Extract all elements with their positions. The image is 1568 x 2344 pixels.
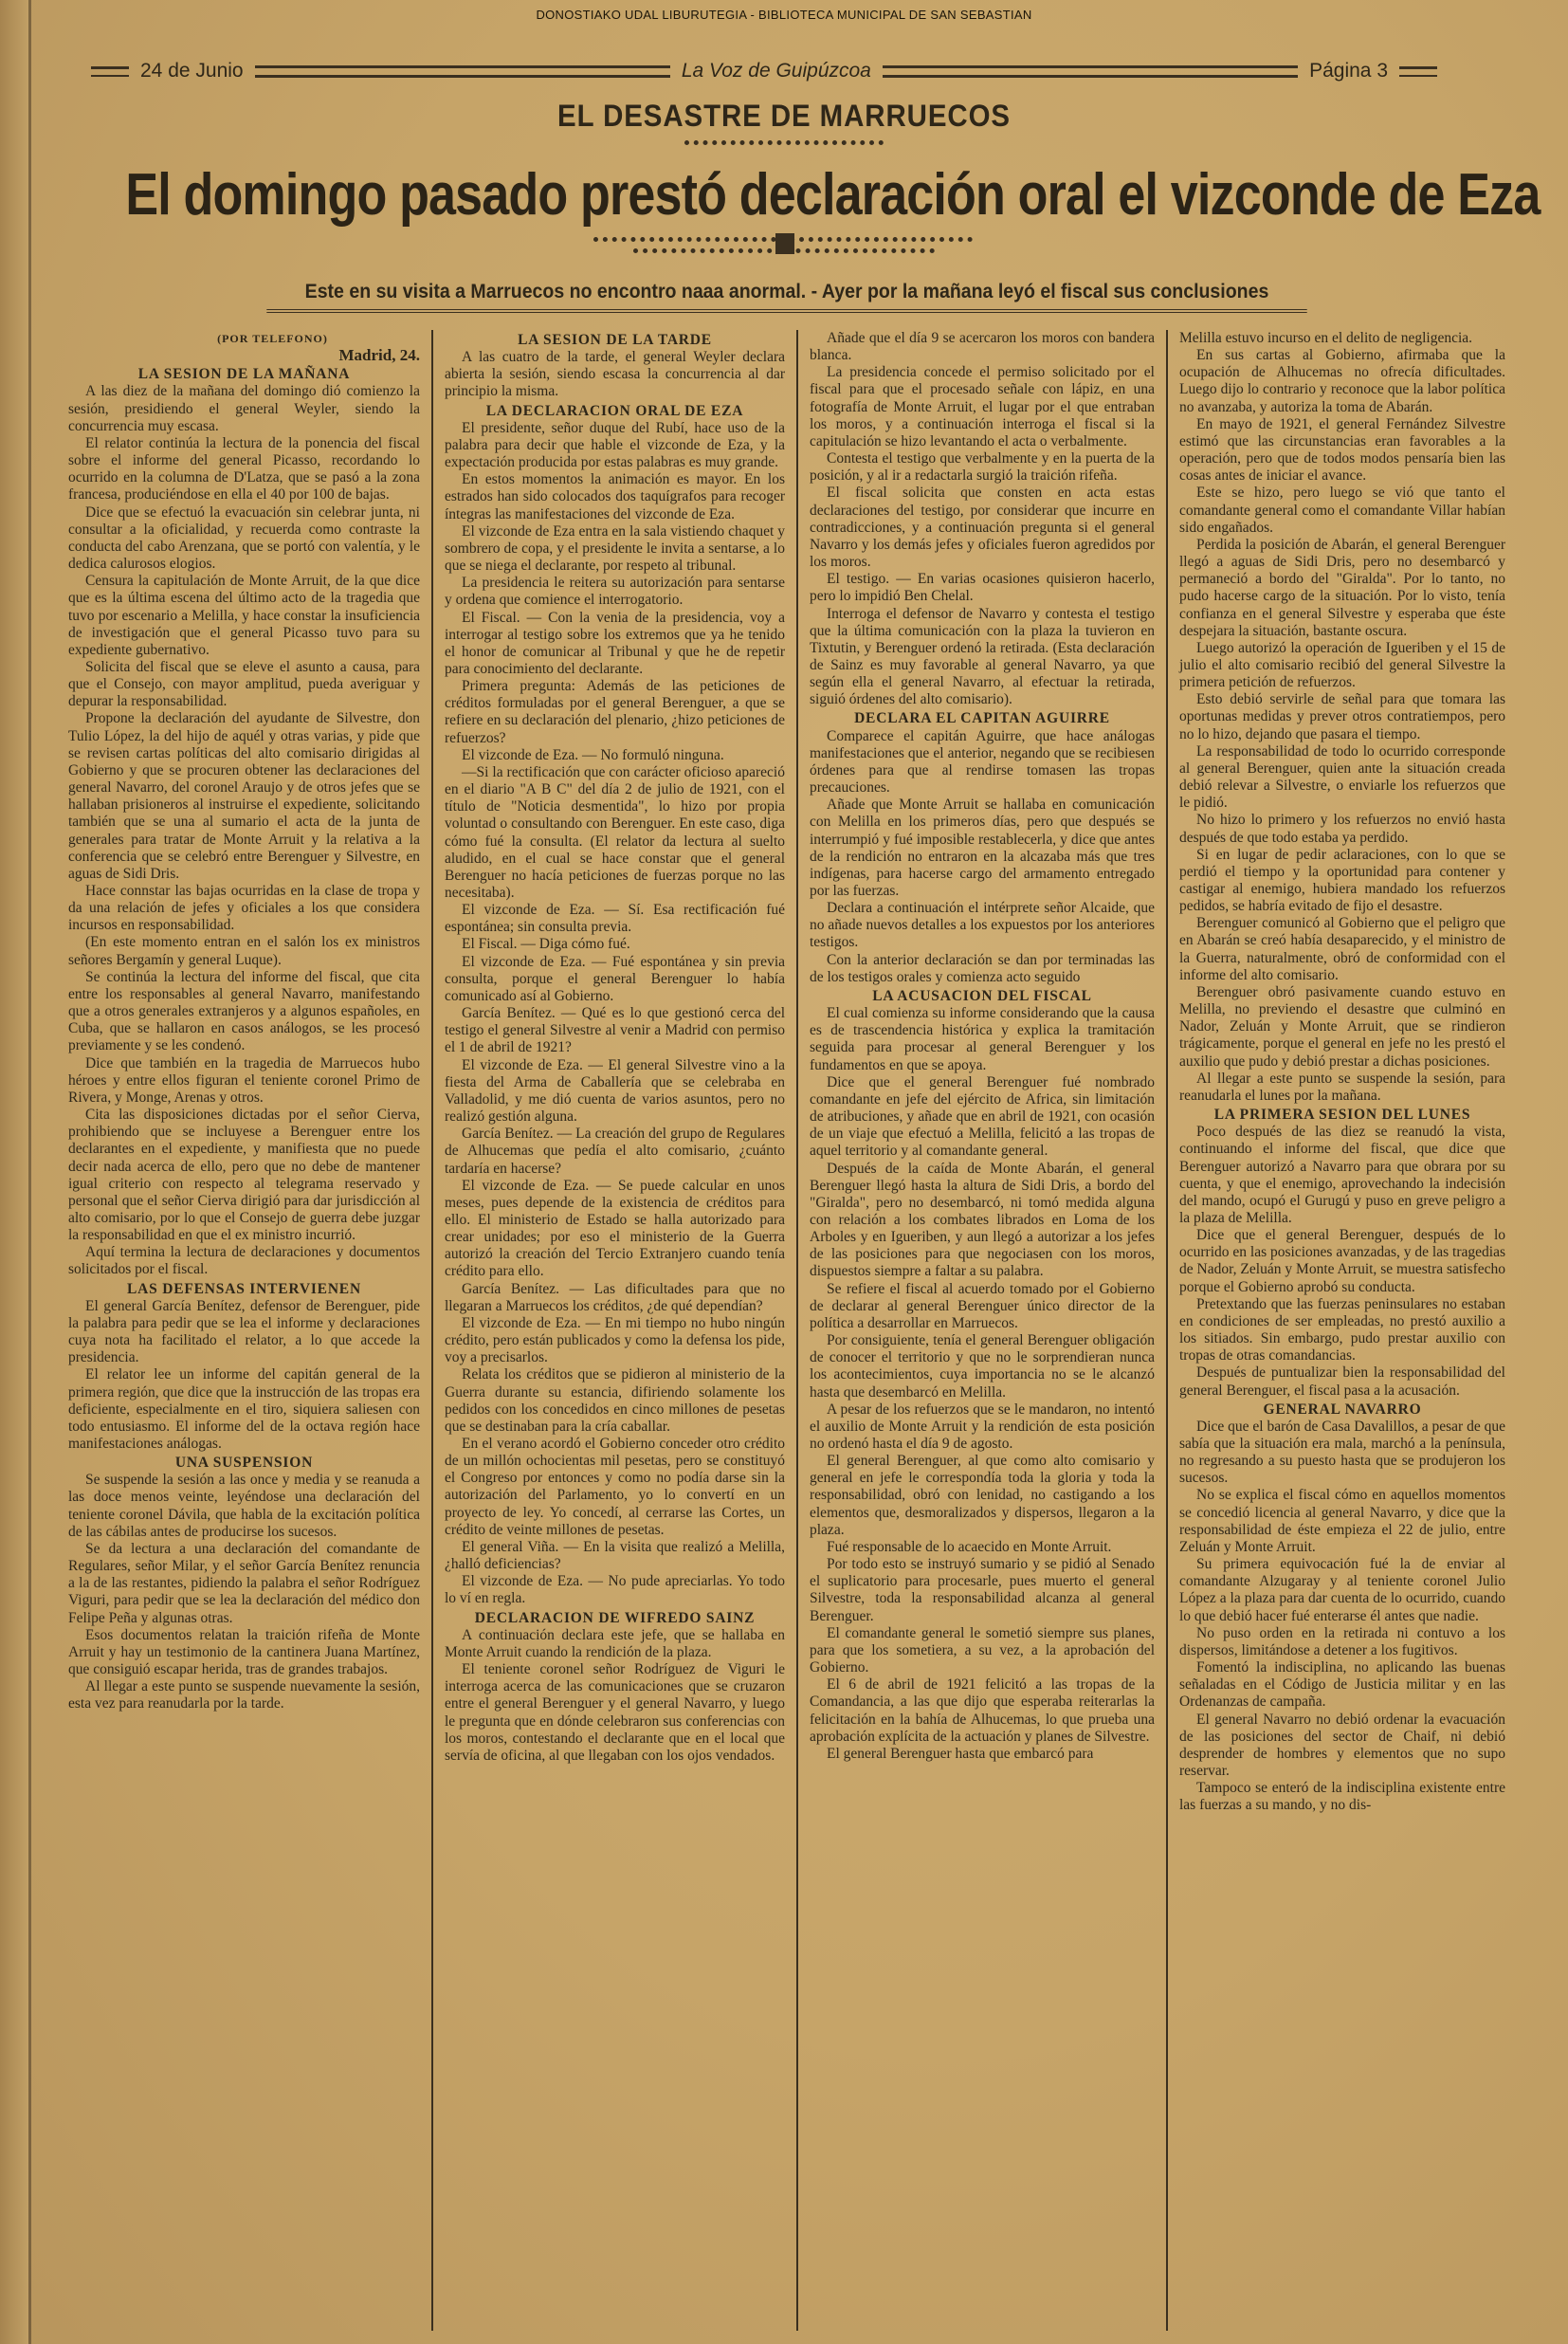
article-paragraph: Fomentó la indisciplina, no aplicando la… [1179, 1659, 1505, 1711]
masthead-rule [255, 65, 670, 78]
article-paragraph: Berenguer obró pasivamente cuando estuvo… [1179, 984, 1505, 1071]
article-paragraph: El general Berenguer, al que como alto c… [810, 1453, 1155, 1539]
section-subheading: LA ACUSACION DEL FISCAL [810, 988, 1155, 1005]
article-paragraph: Dice que también en la tragedia de Marru… [68, 1055, 420, 1107]
article-paragraph: Después de la caída de Monte Abarán, el … [810, 1161, 1155, 1281]
masthead-rule-right-stub [1399, 66, 1437, 77]
article-column-4: Melilla estuvo incurso en el delito de n… [1166, 330, 1517, 2331]
article-column-3: Añade que el día 9 se acercaron los moro… [796, 330, 1166, 2331]
article-source: (POR TELEFONO) [125, 330, 420, 347]
article-column-2: LA SESION DE LA TARDEA las cuatro de la … [431, 330, 796, 2331]
article-paragraph: El vizconde de Eza. — En mi tiempo no hu… [445, 1315, 785, 1366]
article-paragraph: Al llegar a este punto se suspende la se… [1179, 1071, 1505, 1105]
article-paragraph: Solicita del fiscal que se eleve el asun… [68, 659, 420, 710]
article-paragraph: Dice que el general Berenguer, después d… [1179, 1227, 1505, 1296]
article-paragraph: Se refiere el fiscal al acuerdo tomado p… [810, 1281, 1155, 1332]
article-paragraph: (En este momento entran en el salón los … [68, 934, 420, 968]
article-column-1: (POR TELEFONO) Madrid, 24. LA SESION DE … [57, 330, 431, 2331]
article-paragraph: A las diez de la mañana del domingo dió … [68, 383, 420, 434]
article-paragraph: Este se hizo, pero luego se vió que tant… [1179, 485, 1505, 536]
masthead-rule [883, 65, 1298, 78]
article-paragraph: No hizo lo primero y los refuerzos no en… [1179, 812, 1505, 846]
article-paragraph: Se suspende la sesión a las once y media… [68, 1472, 420, 1541]
article-paragraph: Primera pregunta: Además de las peticion… [445, 678, 785, 747]
section-subheading: UNA SUSPENSION [68, 1455, 420, 1472]
article-paragraph: Dice que se efectuó la evacuación sin ce… [68, 504, 420, 574]
section-subheading: DECLARA EL CAPITAN AGUIRRE [810, 710, 1155, 727]
article-paragraph: Relata los créditos que se pidieron al m… [445, 1366, 785, 1436]
article-paragraph: El 6 de abril de 1921 felicitó a las tro… [810, 1676, 1155, 1746]
article-paragraph: Berenguer comunicó al Gobierno que el pe… [1179, 915, 1505, 984]
article-paragraph: Tampoco se enteró de la indisciplina exi… [1179, 1780, 1505, 1814]
article-paragraph: Melilla estuvo incurso en el delito de n… [1179, 330, 1505, 347]
article-paragraph: García Benítez. — Qué es lo que gestionó… [445, 1005, 785, 1056]
article-paragraph: El vizconde de Eza. — Se puede calcular … [445, 1178, 785, 1281]
article-paragraph: García Benítez. — La creación del grupo … [445, 1126, 785, 1177]
article-paragraph: El general Berenguer hasta que embarcó p… [810, 1746, 1155, 1763]
column-body: Añade que el día 9 se acercaron los moro… [810, 330, 1155, 1763]
article-paragraph: No se explica el fiscal cómo en aquellos… [1179, 1487, 1505, 1556]
archive-watermark: DONOSTIAKO UDAL LIBURUTEGIA - BIBLIOTECA… [0, 8, 1568, 22]
section-subheading: LA SESION DE LA TARDE [445, 332, 785, 349]
article-paragraph: El Fiscal. — Con la venia de la presiden… [445, 610, 785, 679]
article-paragraph: Al llegar a este punto se suspende nueva… [68, 1678, 420, 1712]
article-paragraph: Con la anterior declaración se dan por t… [810, 952, 1155, 986]
masthead: 24 de Junio La Voz de Guipúzcoa Página 3 [91, 57, 1437, 85]
article-paragraph: El teniente coronel señor Rodríguez de V… [445, 1661, 785, 1765]
article-paragraph: En el verano acordó el Gobierno conceder… [445, 1436, 785, 1539]
article-paragraph: El cual comienza su informe considerando… [810, 1005, 1155, 1074]
article-paragraph: El general García Benítez, defensor de B… [68, 1298, 420, 1367]
article-paragraph: La responsabilidad de todo lo ocurrido c… [1179, 743, 1505, 813]
article-paragraph: El vizconde de Eza. — Fué espontánea y s… [445, 954, 785, 1005]
article-paragraph: García Benítez. — Las dificultades para … [445, 1281, 785, 1315]
article-paragraph: Por consiguiente, tenía el general Beren… [810, 1332, 1155, 1401]
article-paragraph: A las cuatro de la tarde, el general Wey… [445, 349, 785, 400]
masthead-newspaper-name: La Voz de Guipúzcoa [682, 60, 871, 82]
article-paragraph: Por todo esto se instruyó sumario y se p… [810, 1556, 1155, 1625]
article-paragraph: Se continúa la lectura del informe del f… [68, 969, 420, 1055]
masthead-rule-left-stub [91, 66, 129, 77]
section-subheading: LA SESION DE LA MAÑANA [68, 366, 420, 383]
article-paragraph: El vizconde de Eza. — El general Silvest… [445, 1057, 785, 1126]
article-paragraph: Cita las disposiciones dictadas por el s… [68, 1107, 420, 1244]
headline-ornament [0, 233, 1568, 262]
article-paragraph: En sus cartas al Gobierno, afirmaba que … [1179, 347, 1505, 416]
section-subheading: DECLARACION DE WIFREDO SAINZ [445, 1610, 785, 1627]
article-paragraph: —Si la rectificación que con carácter of… [445, 764, 785, 902]
article-paragraph: El vizconde de Eza. — Sí. Esa rectificac… [445, 902, 785, 936]
article-paragraph: Dice que el barón de Casa Davalillos, a … [1179, 1419, 1505, 1488]
article-paragraph: El fiscal solicita que consten en acta e… [810, 485, 1155, 571]
article-paragraph: A continuación declara este jefe, que se… [445, 1627, 785, 1661]
section-subheading: LA PRIMERA SESION DEL LUNES [1179, 1107, 1505, 1124]
page-gutter-shadow [0, 0, 28, 2344]
article-paragraph: La presidencia le reitera su autorizació… [445, 575, 785, 609]
article-paragraph: Pretextando que las fuerzas peninsulares… [1179, 1296, 1505, 1365]
article-paragraph: El general Navarro no debió ordenar la e… [1179, 1712, 1505, 1781]
article-paragraph: El general Viña. — En la visita que real… [445, 1539, 785, 1573]
article-paragraph: Fué responsable de lo acaecido en Monte … [810, 1539, 1155, 1556]
article-paragraph: Si en lugar de pedir aclaraciones, con l… [1179, 847, 1505, 916]
article-paragraph: Después de puntualizar bien la responsab… [1179, 1364, 1505, 1399]
section-subheading: GENERAL NAVARRO [1179, 1401, 1505, 1419]
article-paragraph: Poco después de las diez se reanudó la v… [1179, 1124, 1505, 1227]
article-paragraph: Censura la capitulación de Monte Arruit,… [68, 573, 420, 659]
article-paragraph: Contesta el testigo que verbalmente y en… [810, 450, 1155, 485]
section-subheading: LA DECLARACION ORAL DE EZA [445, 403, 785, 420]
article-paragraph: El relator lee un informe del capitán ge… [68, 1366, 420, 1453]
section-subheading: LAS DEFENSAS INTERVIENEN [68, 1281, 420, 1298]
article-paragraph: Perdida la posición de Abarán, el genera… [1179, 537, 1505, 640]
article-paragraph: El presidente, señor duque del Rubí, hac… [445, 420, 785, 471]
kicker-dotted-rule [684, 140, 884, 145]
column-body: Melilla estuvo incurso en el delito de n… [1179, 330, 1505, 1814]
article-paragraph: A pesar de los refuerzos que se le manda… [810, 1401, 1155, 1453]
page-headline: El domingo pasado prestó declaración ora… [125, 161, 1442, 229]
article-paragraph: Propone la declaración del ayudante de S… [68, 710, 420, 883]
article-paragraph: El vizconde de Eza. — No formuló ninguna… [445, 747, 785, 764]
article-paragraph: El vizconde de Eza entra en la sala vist… [445, 523, 785, 575]
article-paragraph: El testigo. — En varias ocasiones quisie… [810, 571, 1155, 605]
masthead-date: 24 de Junio [140, 60, 244, 82]
article-paragraph: Su primera equivocación fué la de enviar… [1179, 1556, 1505, 1625]
column-body: LA SESION DE LA MAÑANAA las diez de la m… [68, 366, 420, 1712]
article-paragraph: El relator continúa la lectura de la pon… [68, 435, 420, 504]
article-paragraph: Declara a continuación el intérprete señ… [810, 900, 1155, 951]
article-paragraph: No puso orden en la retirada ni contuvo … [1179, 1625, 1505, 1659]
article-paragraph: Dice que el general Berenguer fué nombra… [810, 1074, 1155, 1161]
article-paragraph: Esto debió servirle de señal para que to… [1179, 691, 1505, 742]
article-paragraph: Esos documentos relatan la traición rife… [68, 1627, 420, 1678]
ornament-emblem-icon [775, 233, 794, 254]
article-paragraph: Comparece el capitán Aguirre, que hace a… [810, 728, 1155, 797]
article-paragraph: Hace connstar las bajas ocurridas en la … [68, 883, 420, 934]
article-paragraph: Añade que el día 9 se acercaron los moro… [810, 330, 1155, 364]
article-paragraph: En estos momentos la animación es mayor.… [445, 471, 785, 522]
section-kicker: EL DESASTRE DE MARRUECOS [63, 99, 1505, 134]
page-fold-line [28, 0, 31, 2344]
column-body: LA SESION DE LA TARDEA las cuatro de la … [445, 332, 785, 1765]
masthead-page-number: Página 3 [1309, 60, 1388, 82]
article-paragraph: El comandante general le sometió siempre… [810, 1625, 1155, 1676]
article-dateline: Madrid, 24. [68, 347, 420, 364]
article-paragraph: El vizconde de Eza. — No pude apreciarla… [445, 1573, 785, 1607]
article-paragraph: El Fiscal. — Diga cómo fué. [445, 936, 785, 953]
article-columns: (POR TELEFONO) Madrid, 24. LA SESION DE … [57, 330, 1517, 2331]
article-paragraph: Aquí termina la lectura de declaraciones… [68, 1244, 420, 1278]
article-paragraph: Luego autorizó la operación de Igueriben… [1179, 640, 1505, 691]
article-paragraph: Se da lectura a una declaración del coma… [68, 1541, 420, 1627]
article-paragraph: Interroga el defensor de Navarro y conte… [810, 606, 1155, 709]
article-paragraph: La presidencia concede el permiso solici… [810, 364, 1155, 450]
article-paragraph: En mayo de 1921, el general Fernández Si… [1179, 416, 1505, 485]
article-paragraph: Añade que Monte Arruit se hallaba en com… [810, 797, 1155, 900]
subheadline: Este en su visita a Marruecos no encontr… [266, 281, 1306, 313]
